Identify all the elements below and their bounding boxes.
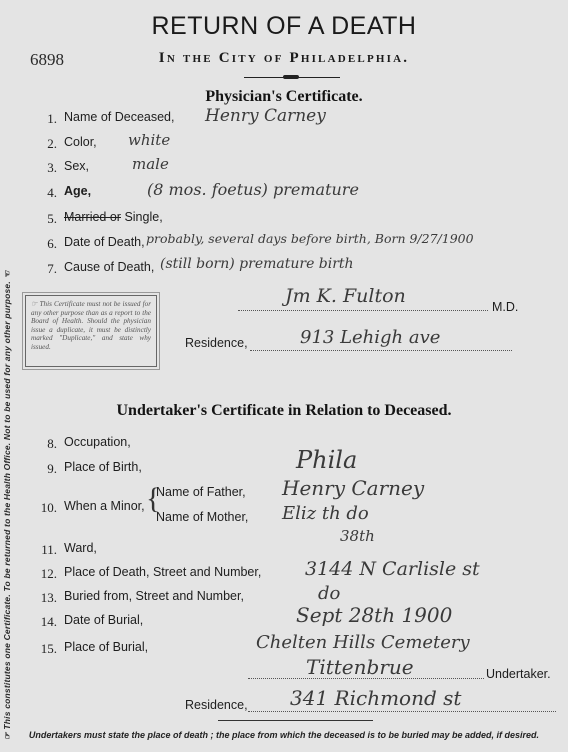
field-value-name-of-deceased: Henry Carney xyxy=(205,106,326,126)
document-title: RETURN OF A DEATH xyxy=(0,12,568,41)
field-value-place-of-birth: Phila xyxy=(296,446,357,474)
field-value-place-of-burial: Chelten Hills Cemetery xyxy=(256,632,470,653)
field-value-age: (8 mos. foetus) premature xyxy=(147,180,359,199)
field-label-when-a-minor: When a Minor, xyxy=(64,499,145,513)
field-number: 3. xyxy=(37,160,57,176)
field-label-married-or-single: Married or Single, xyxy=(64,210,163,224)
field-label-sex: Sex, xyxy=(64,159,89,173)
field-label-cause-of-death: Cause of Death, xyxy=(64,260,154,274)
field-number: 11. xyxy=(37,542,57,558)
field-label-place-of-death: Place of Death, Street and Number, xyxy=(64,565,261,579)
field-label-place-of-burial: Place of Burial, xyxy=(64,640,148,654)
ornament-center xyxy=(283,75,299,79)
field-label-occupation: Occupation, xyxy=(64,435,131,449)
field-number: 8. xyxy=(37,436,57,452)
field-number: 15. xyxy=(37,641,57,657)
field-label-name-of-father: Name of Father, xyxy=(156,485,246,499)
physician-residence-line xyxy=(250,350,512,351)
undertaker-residence-line xyxy=(248,711,556,712)
field-label-buried-from: Buried from, Street and Number, xyxy=(64,589,244,603)
field-label-age: Age, xyxy=(64,184,91,198)
field-value-cause-of-death: (still born) premature birth xyxy=(160,256,354,272)
physician-residence-value: 913 Lehigh ave xyxy=(300,327,440,348)
side-margin-note: ☞ This constitutes one Certificate. To b… xyxy=(2,100,13,740)
field-number: 10. xyxy=(37,500,57,516)
struck-married-or: Married or xyxy=(64,210,121,224)
document-subtitle: In the City of Philadelphia. xyxy=(0,50,568,67)
field-number: 14. xyxy=(37,614,57,630)
field-label-ward: Ward, xyxy=(64,541,97,555)
field-value-name-of-father: Henry Carney xyxy=(282,476,424,500)
closing-rule xyxy=(218,720,373,721)
notice-box: ☞ This Certificate must not be issued fo… xyxy=(25,295,157,367)
field-value-ward: 38th xyxy=(340,527,375,545)
undertaker-certificate-heading: Undertaker's Certificate in Relation to … xyxy=(0,402,568,420)
undertaker-residence-label: Residence, xyxy=(185,698,248,712)
undertaker-suffix: Undertaker. xyxy=(486,667,551,681)
field-number: 9. xyxy=(37,461,57,477)
field-number: 5. xyxy=(37,211,57,227)
field-label-date-of-burial: Date of Burial, xyxy=(64,613,143,627)
death-certificate-page: RETURN OF A DEATH 6898 In the City of Ph… xyxy=(0,0,568,752)
field-number: 12. xyxy=(37,566,57,582)
physician-certificate-heading: Physician's Certificate. xyxy=(0,88,568,106)
md-suffix: M.D. xyxy=(492,300,518,314)
field-number: 13. xyxy=(37,590,57,606)
field-label-name-of-deceased: Name of Deceased, xyxy=(64,110,174,124)
field-number: 1. xyxy=(37,111,57,127)
undertaker-residence-value: 341 Richmond st xyxy=(290,686,461,710)
physician-signature: Jm K. Fulton xyxy=(285,285,406,307)
field-value-date-of-burial: Sept 28th 1900 xyxy=(296,603,452,627)
undertaker-signature-line xyxy=(248,678,484,679)
field-label-name-of-mother: Name of Mother, xyxy=(156,510,248,524)
physician-residence-label: Residence, xyxy=(185,336,248,350)
field-number: 4. xyxy=(37,185,57,201)
field-value-color: white xyxy=(128,131,170,149)
field-value-place-of-death: 3144 N Carlisle st xyxy=(305,558,480,580)
field-value-date-of-death: probably, several days before birth, Bor… xyxy=(146,231,474,246)
undertaker-signature: Tittenbrue xyxy=(306,655,414,679)
footer-note: Undertakers must state the place of deat… xyxy=(0,730,568,740)
field-label-place-of-birth: Place of Birth, xyxy=(64,460,142,474)
field-label-date-of-death: Date of Death, xyxy=(64,235,145,249)
field-label-color: Color, xyxy=(64,135,97,149)
field-value-name-of-mother: Eliz th do xyxy=(282,503,369,524)
field-value-buried-from: do xyxy=(318,583,340,604)
field-number: 6. xyxy=(37,236,57,252)
field-value-sex: male xyxy=(132,155,169,173)
field-number: 2. xyxy=(37,136,57,152)
single-label: Single, xyxy=(121,210,163,224)
field-number: 7. xyxy=(37,261,57,277)
physician-signature-line xyxy=(238,310,488,311)
